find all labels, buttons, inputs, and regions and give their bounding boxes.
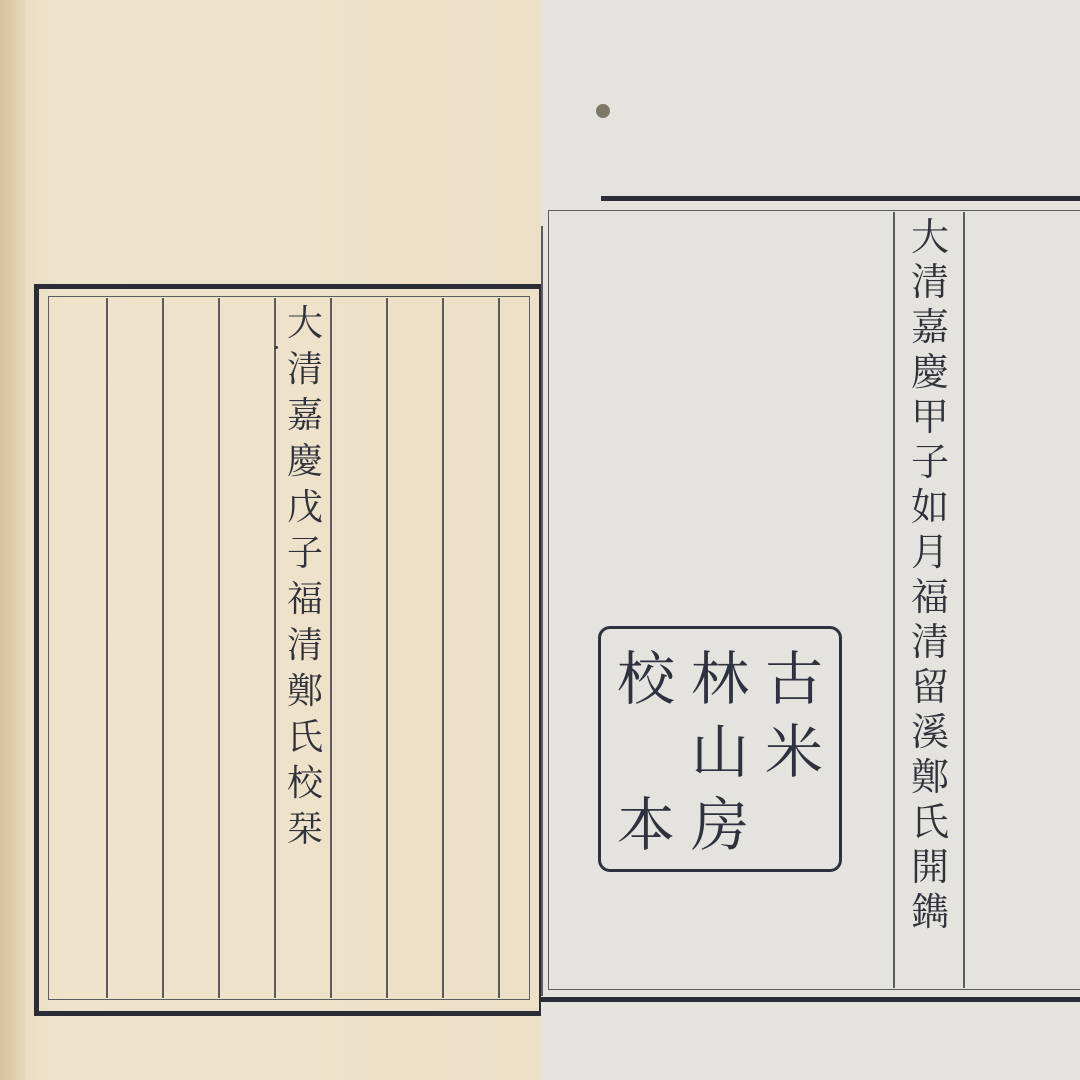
char: 子 — [287, 536, 323, 572]
column-rule — [386, 298, 388, 998]
char: 開 — [911, 848, 949, 886]
seal-char: 本 — [609, 788, 683, 861]
left-inscription: 大 清 嘉 慶 戊 子 福 清 鄭 氏 校 栞 — [283, 306, 327, 858]
collector-seal: 校 林 古 山 米 本 房 — [598, 626, 842, 872]
right-page — [541, 0, 1080, 1080]
char: 子 — [911, 443, 949, 481]
char: 清 — [911, 623, 949, 661]
seal-char: 山 — [683, 716, 757, 789]
char: 慶 — [287, 444, 323, 480]
char: 校 — [287, 766, 323, 802]
column-rule — [274, 298, 276, 998]
char: 大 — [287, 306, 323, 342]
seal-char: 林 — [683, 643, 757, 716]
char: 留 — [911, 668, 949, 706]
seal-char: 米 — [757, 716, 831, 789]
char: 清 — [911, 263, 949, 301]
column-rule — [106, 298, 108, 998]
char: 氏 — [911, 803, 949, 841]
ink-dot — [275, 346, 278, 349]
char: 福 — [287, 582, 323, 618]
char: 甲 — [911, 398, 949, 436]
char: 慶 — [911, 353, 949, 391]
seal-char — [757, 788, 831, 861]
column-rule — [218, 298, 220, 998]
title-column-rule — [963, 212, 965, 988]
seal-char: 古 — [757, 643, 831, 716]
column-rule — [162, 298, 164, 998]
char: 鄭 — [287, 674, 323, 710]
book-spine — [0, 0, 26, 1080]
char: 月 — [911, 533, 949, 571]
right-inner-frame — [548, 210, 1080, 990]
char: 清 — [287, 352, 323, 388]
right-frame-left-rule — [541, 226, 543, 996]
char: 大 — [911, 218, 949, 256]
char: 清 — [287, 628, 323, 664]
left-page: 大 清 嘉 慶 戊 子 福 清 鄭 氏 校 栞 — [0, 0, 541, 1080]
char: 戊 — [287, 490, 323, 526]
char: 栞 — [287, 812, 323, 848]
paper-stain — [596, 104, 610, 118]
column-rule — [498, 298, 500, 998]
char: 鐫 — [911, 893, 949, 931]
seal-char: 校 — [609, 643, 683, 716]
column-rule — [330, 298, 332, 998]
char: 福 — [911, 578, 949, 616]
char: 嘉 — [911, 308, 949, 346]
title-column-rule — [893, 212, 895, 988]
seal-char — [609, 716, 683, 789]
right-outer-frame-bottom — [541, 997, 1080, 1002]
seal-char: 房 — [683, 788, 757, 861]
char: 溪 — [911, 713, 949, 751]
char: 鄭 — [911, 758, 949, 796]
right-inscription: 大 清 嘉 慶 甲 子 如 月 福 清 留 溪 鄭 氏 開 鐫 — [904, 218, 956, 938]
column-rule — [442, 298, 444, 998]
char: 氏 — [287, 720, 323, 756]
right-outer-frame-top — [601, 196, 1080, 201]
char: 如 — [911, 488, 949, 526]
char: 嘉 — [287, 398, 323, 434]
